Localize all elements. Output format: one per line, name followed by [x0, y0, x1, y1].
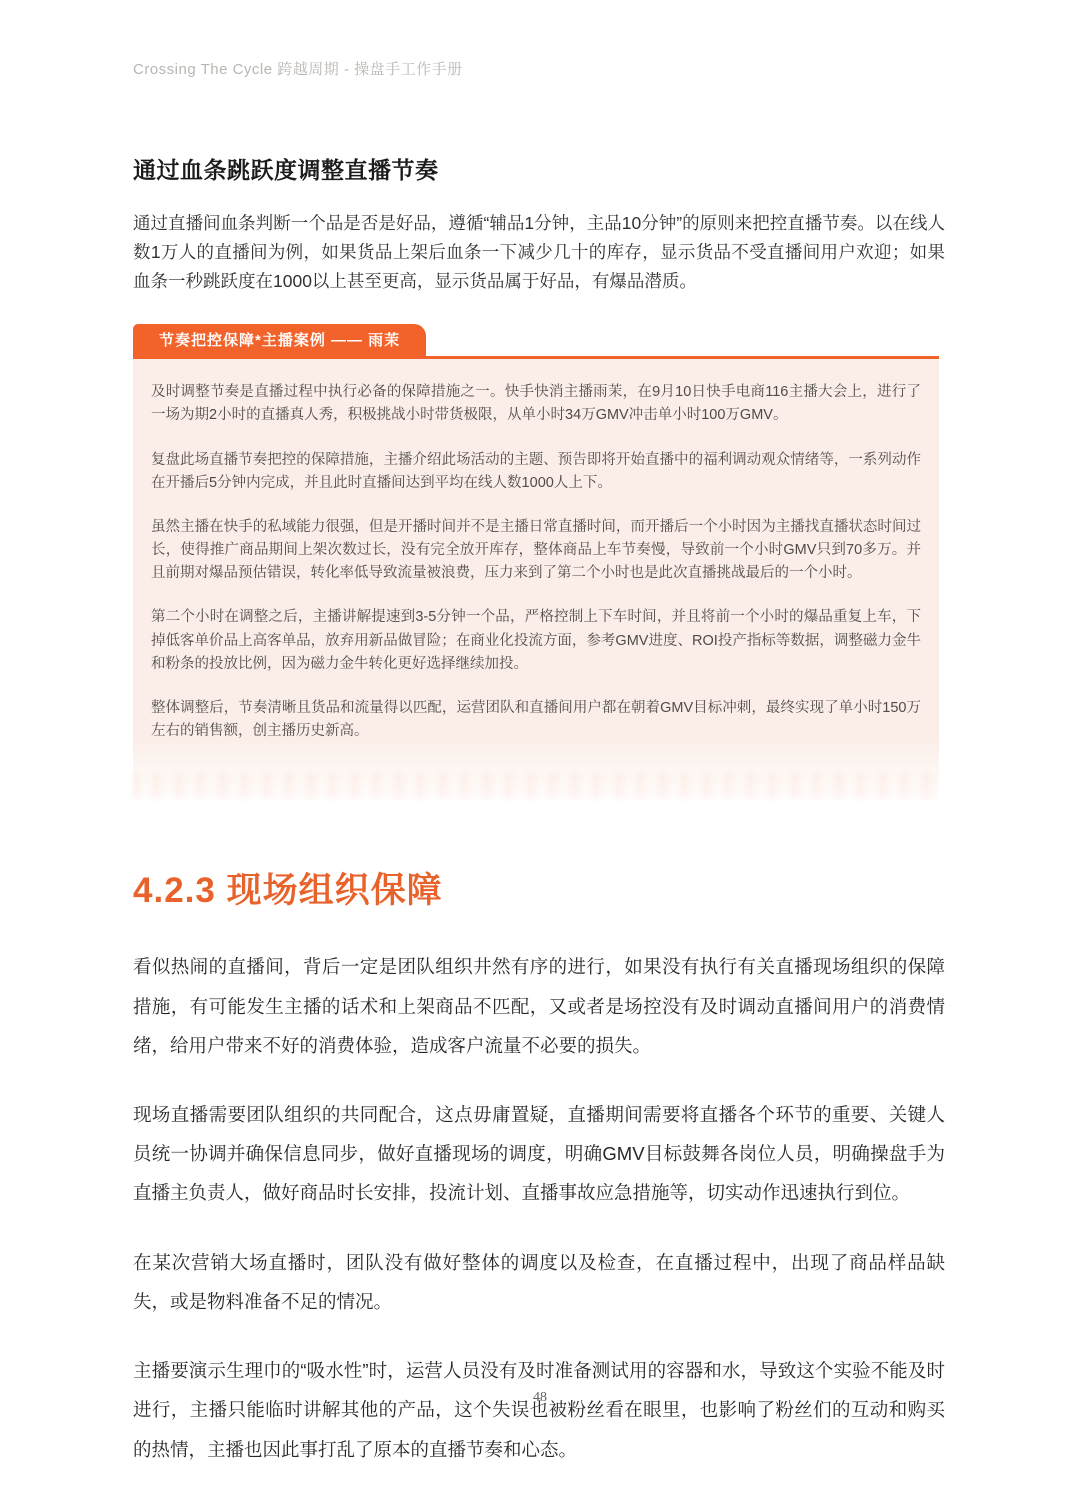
chapter-heading-423: 4.2.3 现场组织保障 — [133, 863, 945, 913]
body-paragraph: 看似热闹的直播间，背后一定是团队组织井然有序的进行，如果没有执行有关直播现场组织… — [133, 947, 945, 1065]
case-study-tab-label: 节奏把控保障*主播案例 —— 雨茉 — [133, 324, 426, 356]
case-paragraph: 整体调整后，节奏清晰且货品和流量得以匹配，运营团队和直播间用户都在朝着GMV目标… — [151, 697, 921, 743]
section-heading-bloodbar: 通过血条跳跃度调整直播节奏 — [133, 152, 945, 185]
case-study-box: 及时调整节奏是直播过程中执行必备的保障措施之一。快手快消主播雨茉，在9月10日快… — [133, 356, 939, 801]
running-header: Crossing The Cycle 跨越周期 - 操盘手工作手册 — [133, 58, 463, 79]
page-content: 通过血条跳跃度调整直播节奏 通过直播间血条判断一个品是否是好品，遵循“辅品1分钟… — [133, 152, 945, 1499]
case-study-callout: 节奏把控保障*主播案例 —— 雨茉 及时调整节奏是直播过程中执行必备的保障措施之… — [133, 324, 939, 801]
page-number: 48 — [0, 1390, 1080, 1406]
section-paragraph: 通过直播间血条判断一个品是否是好品，遵循“辅品1分钟，主品10分钟”的原则来把控… — [133, 209, 945, 296]
body-paragraph: 在某次营销大场直播时，团队没有做好整体的调度以及检查，在直播过程中，出现了商品样… — [133, 1243, 945, 1321]
body-paragraph: 主播要演示生理巾的“吸水性”时，运营人员没有及时准备测试用的容器和水，导致这个实… — [133, 1351, 945, 1469]
faded-watermark-strip — [133, 773, 939, 799]
document-page: Crossing The Cycle 跨越周期 - 操盘手工作手册 通过血条跳跃… — [0, 0, 1080, 1466]
case-paragraph: 虽然主播在快手的私域能力很强，但是开播时间并不是主播日常直播时间，而开播后一个小… — [151, 516, 921, 586]
body-paragraph: 现场直播需要团队组织的共同配合，这点毋庸置疑，直播期间需要将直播各个环节的重要、… — [133, 1095, 945, 1213]
case-paragraph: 复盘此场直播节奏把控的保障措施，主播介绍此场活动的主题、预告即将开始直播中的福利… — [151, 449, 921, 495]
case-paragraph: 及时调整节奏是直播过程中执行必备的保障措施之一。快手快消主播雨茉，在9月10日快… — [151, 381, 921, 427]
case-paragraph: 第二个小时在调整之后，主播讲解提速到3-5分钟一个品，严格控制上下车时间，并且将… — [151, 606, 921, 676]
